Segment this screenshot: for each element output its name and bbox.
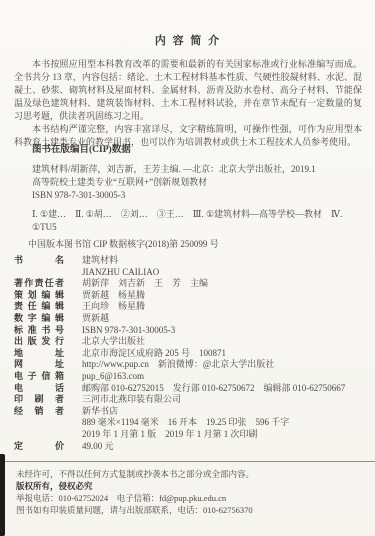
row-value: 王向珍 杨星腾 xyxy=(82,301,145,313)
row-value: 2019 年 1 月第 1 版 2019 年 1 月第 1 次印刷 xyxy=(82,429,258,441)
cip-data-section: 图书在版编目(CIP)数据 建筑材料/胡新萍，刘吉新，王芳主编. —北京：北京大… xyxy=(32,141,362,251)
cip-title-line: 建筑材料/胡新萍，刘吉新，王芳主编. —北京：北京大学出版社，2019.1 xyxy=(32,163,362,176)
table-row-website: 网址 http://www.pup.cn 新浪微博：@北京大学出版社 xyxy=(14,359,362,371)
table-row-distributor: 经销者 新华书店 xyxy=(14,406,362,418)
row-label: 出版发行 xyxy=(14,336,64,348)
row-label: 印刷者 xyxy=(14,394,64,406)
row-value: 北京市海淀区成府路 205 号 100871 xyxy=(82,348,226,360)
publication-details-table: 书名 建筑材料 JIANZHU CAILIAO 著作责任者 胡新萍 刘吉新 王 … xyxy=(14,255,362,452)
table-row-planning-editor: 策划编辑 贾新越 杨星腾 xyxy=(14,290,362,302)
table-row-price: 定价 49.00 元 xyxy=(14,441,362,453)
row-value: 889 毫米×1194 毫米 16 开本 19.25 印张 596 千字 xyxy=(82,417,289,429)
table-row-digital-editor: 数字编辑 贾新越 xyxy=(14,313,362,325)
table-row-publisher: 出版发行 北京大学出版社 xyxy=(14,336,362,348)
row-label xyxy=(14,429,64,441)
scan-artifact-strip xyxy=(0,454,5,536)
row-label xyxy=(14,417,64,429)
table-row-isbn: 标准书号 ISBN 978-7-301-30005-3 xyxy=(14,325,362,337)
table-row-responsible-editor: 责任编辑 王向珍 杨星腾 xyxy=(14,301,362,313)
table-row-email: 电子信箱 pup_6@163.com xyxy=(14,371,362,383)
table-row-authors: 著作责任者 胡新萍 刘吉新 王 芳 主编 xyxy=(14,278,362,290)
print-quality-line: 图书如有印装质量问题，请与出版部联系，电话：010-62756370 xyxy=(16,504,364,516)
row-value: http://www.pup.cn 新浪微博：@北京大学出版社 xyxy=(82,359,274,371)
content-summary-section: 内 容 简 介 本书按照应用型本科教育改革的需要和最新的有关国家标准或行业标准编… xyxy=(14,32,362,149)
row-value: 新华书店 xyxy=(82,406,118,418)
row-value: JIANZHU CAILIAO xyxy=(82,267,159,279)
cip-classification-line: Ⅰ. ①建… Ⅱ. ①胡… ②刘… ③王… Ⅲ. ①建筑材料—高等学校—教材 Ⅳ… xyxy=(32,208,362,234)
row-value: ISBN 978-7-301-30005-3 xyxy=(82,325,175,337)
all-rights-reserved: 版权所有，侵权必究 xyxy=(16,480,364,492)
row-value: 建筑材料 xyxy=(82,255,118,267)
content-summary-title: 内 容 简 介 xyxy=(14,32,362,48)
row-label: 定价 xyxy=(14,441,64,453)
row-value: 胡新萍 刘吉新 王 芳 主编 xyxy=(82,278,208,290)
table-row-address: 地址 北京市海淀区成府路 205 号 100871 xyxy=(14,348,362,360)
row-label: 数字编辑 xyxy=(14,313,64,325)
row-value: 贾新越 杨星腾 xyxy=(82,290,145,302)
row-label: 标准书号 xyxy=(14,325,64,337)
cip-heading: 图书在版编目(CIP)数据 xyxy=(32,141,362,155)
row-label: 网址 xyxy=(14,359,64,371)
row-label: 责任编辑 xyxy=(14,301,64,313)
no-copy-notice: 未经许可，不得以任何方式复制或抄袭本书之部分或全部内容。 xyxy=(16,468,364,480)
row-label: 电子信箱 xyxy=(14,371,64,383)
table-row-book-title: 书名 建筑材料 xyxy=(14,255,362,267)
row-label: 经销者 xyxy=(14,406,64,418)
report-contact-line: 举报电话：010-62752024 电子信箱：fd@pup.pku.edu.cn xyxy=(16,492,364,504)
row-label: 著作责任者 xyxy=(14,278,64,290)
table-row-printer: 印刷者 三河市北燕印装有限公司 xyxy=(14,394,362,406)
row-label: 策划编辑 xyxy=(14,290,64,302)
row-value: 贾新越 xyxy=(82,313,109,325)
table-row-edition: 2019 年 1 月第 1 版 2019 年 1 月第 1 次印刷 xyxy=(14,429,362,441)
row-label: 地址 xyxy=(14,348,64,360)
row-value: 北京大学出版社 xyxy=(82,336,145,348)
table-row-phone: 电话 邮购部 010-62752015 发行部 010-62750672 编辑部… xyxy=(14,383,362,395)
row-label: 电话 xyxy=(14,383,64,395)
table-row-format: 889 毫米×1194 毫米 16 开本 19.25 印张 596 千字 xyxy=(14,417,362,429)
summary-paragraph: 本书按照应用型本科教育改革的需要和最新的有关国家标准或行业标准编写而成。全书共分… xyxy=(14,58,362,123)
row-value: 三河市北燕印装有限公司 xyxy=(82,394,181,406)
copyright-notice-section: 未经许可，不得以任何方式复制或抄袭本书之部分或全部内容。 版权所有，侵权必究 举… xyxy=(16,468,364,516)
row-value: 邮购部 010-62752015 发行部 010-62750672 编辑部 01… xyxy=(82,383,345,395)
row-value: 49.00 元 xyxy=(82,441,114,453)
cip-series-line: 高等院校土建类专业“互联网+”创新规划教材 xyxy=(32,176,362,189)
row-value: pup_6@163.com xyxy=(82,371,144,383)
cip-record-number-line: 中国版本图书馆 CIP 数据核字(2018)第 250099 号 xyxy=(28,238,362,251)
table-row-pinyin: JIANZHU CAILIAO xyxy=(14,267,362,279)
copyright-page: { "document": { "intro": { "title": "内 容… xyxy=(0,0,375,536)
row-label xyxy=(14,267,64,279)
cip-isbn-line: ISBN 978-7-301-30005-3 xyxy=(32,189,362,202)
horizontal-divider xyxy=(0,461,375,462)
row-label: 书名 xyxy=(14,255,64,267)
